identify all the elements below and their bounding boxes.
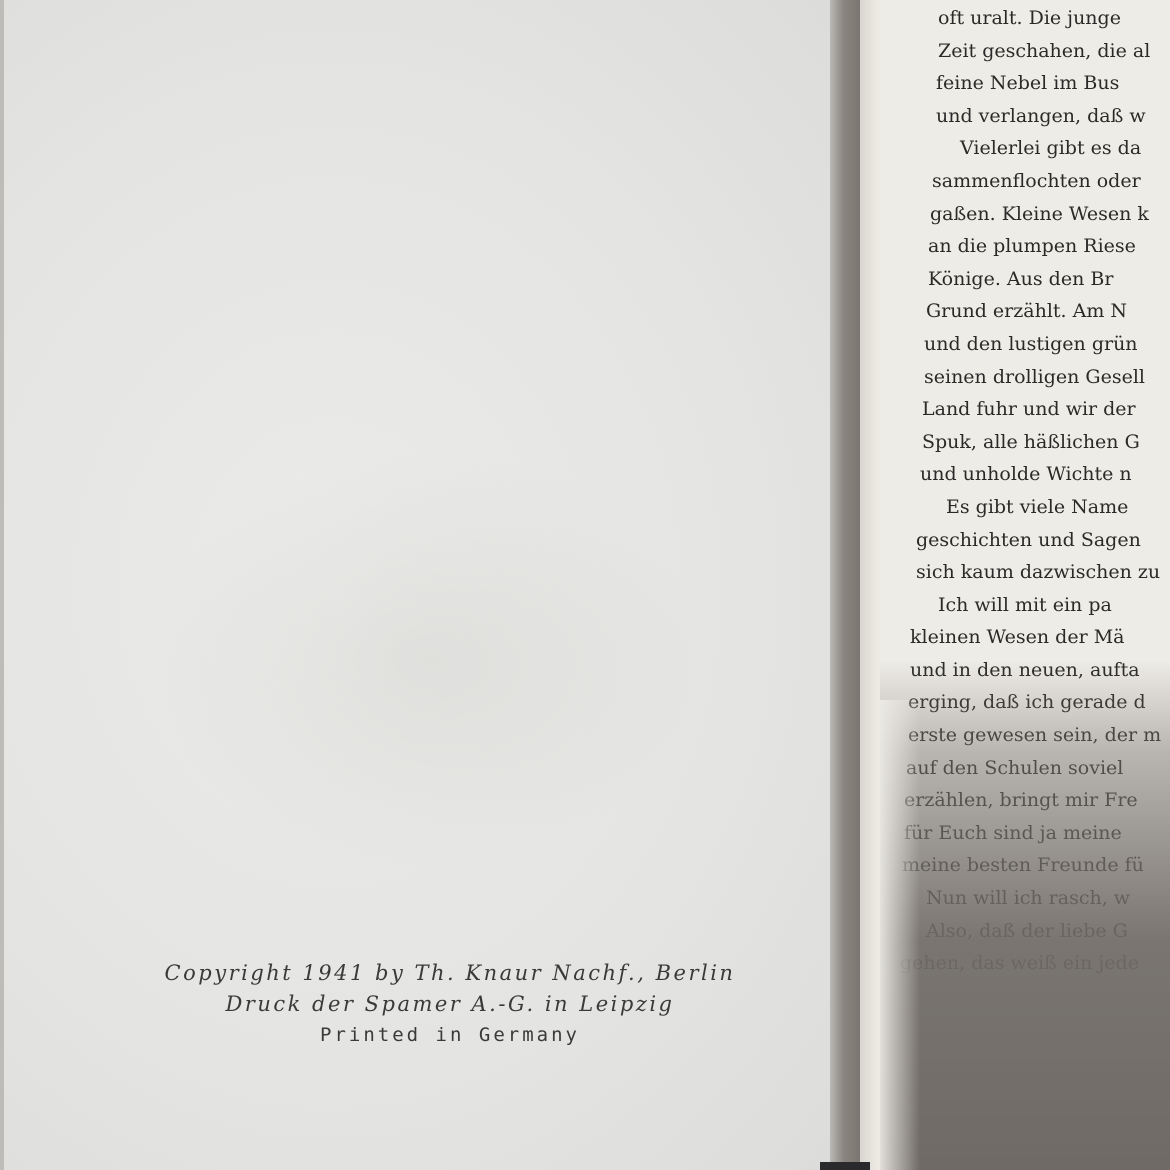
- text-line: kleinen Wesen der Mä: [910, 621, 1170, 654]
- printer-line: Druck der Spamer A.-G. in Leipzig: [150, 989, 750, 1020]
- text-line: sich kaum dazwischen zu: [916, 556, 1170, 589]
- text-line: und verlangen, daß w: [936, 100, 1170, 133]
- text-line: sammenflochten oder: [932, 165, 1170, 198]
- text-line: gaßen. Kleine Wesen k: [930, 198, 1170, 231]
- text-line: an die plumpen Riese: [928, 230, 1170, 263]
- text-line: Spuk, alle häßlichen G: [922, 426, 1170, 459]
- text-line: feine Nebel im Bus: [936, 67, 1170, 100]
- text-line: und unholde Wichte n: [920, 458, 1170, 491]
- left-page: Copyright 1941 by Th. Knaur Nachf., Berl…: [0, 0, 830, 1170]
- table-edge: [820, 1162, 870, 1170]
- text-line: Land fuhr und wir der: [922, 393, 1170, 426]
- text-line: seinen drolligen Gesell: [924, 361, 1170, 394]
- text-line: Vielerlei gibt es da: [960, 132, 1170, 165]
- text-line: und den lustigen grün: [924, 328, 1170, 361]
- copyright-line: Copyright 1941 by Th. Knaur Nachf., Berl…: [150, 958, 750, 989]
- text-line: Zeit geschahen, die al: [938, 35, 1170, 68]
- imprint-notice: Copyright 1941 by Th. Knaur Nachf., Berl…: [150, 958, 750, 1051]
- text-line: geschichten und Sagen: [916, 524, 1170, 557]
- right-page: oft uralt. Die jungeZeit geschahen, die …: [880, 0, 1170, 1170]
- text-line: Grund erzählt. Am N: [926, 295, 1170, 328]
- page-highlight: [880, 700, 920, 1170]
- page-edge: [0, 0, 4, 1170]
- text-line: Ich will mit ein pa: [938, 589, 1170, 622]
- text-line: Könige. Aus den Br: [928, 263, 1170, 296]
- paper-watermark: [150, 450, 710, 870]
- hand-shadow: [880, 660, 1170, 1170]
- text-line: Es gibt viele Name: [946, 491, 1170, 524]
- printed-in-line: Printed in Germany: [150, 1020, 750, 1051]
- text-line: oft uralt. Die junge: [938, 2, 1170, 35]
- book-gutter: [830, 0, 860, 1170]
